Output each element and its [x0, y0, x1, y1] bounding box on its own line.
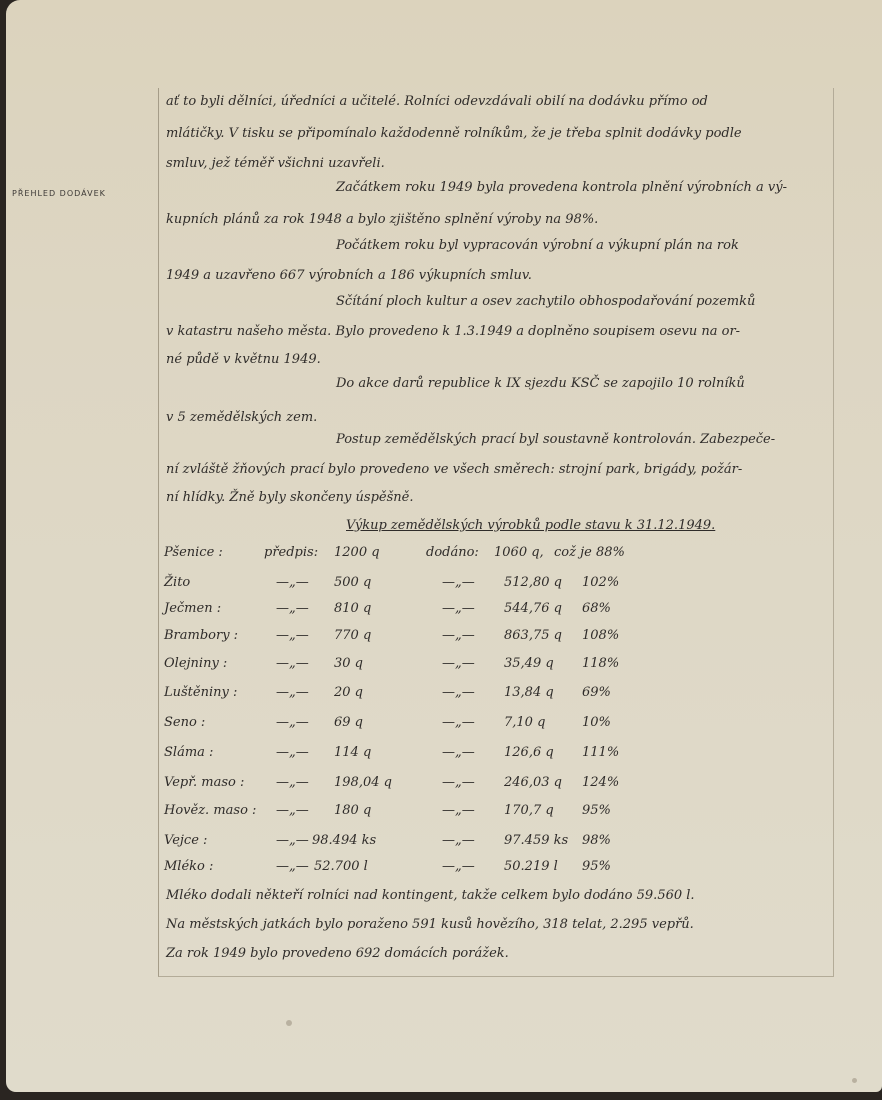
percent-value: 95% [582, 859, 611, 874]
paper-stain [286, 1020, 292, 1026]
delivered-value: 126,6 q [504, 745, 554, 760]
product-name: Sláma : [164, 745, 213, 760]
delivered-label: —„— [442, 745, 475, 760]
text-line: Za rok 1949 bylo provedeno 692 domácích … [166, 946, 509, 961]
plan-value: 180 q [334, 803, 371, 818]
percent-value: 68% [582, 601, 611, 616]
text-line: ní hlídky. Žně byly skončeny úspěšně. [166, 490, 413, 505]
text-line: Mléko dodali někteří rolníci nad konting… [166, 888, 695, 903]
product-name: Brambory : [164, 628, 238, 643]
product-name: Ječmen : [164, 601, 221, 616]
percent-value: 111% [582, 745, 619, 760]
table-title: Výkup zemědělských výrobků podle stavu k… [346, 518, 715, 533]
product-name: Luštěniny : [164, 685, 237, 700]
plan-label: —„— [276, 685, 309, 700]
delivered-label: —„— [442, 859, 475, 874]
delivered-label: —„— [442, 575, 475, 590]
percent-value: 124% [582, 775, 619, 790]
text-line: mlátičky. V tisku se připomínalo každode… [166, 126, 742, 141]
delivered-value: 1060 q, [494, 545, 544, 560]
delivered-label: —„— [442, 715, 475, 730]
table-row: Mléko : —„— 52.700 l —„— 50.219 l 95% [164, 859, 684, 879]
table-row: Pšenice : předpis: 1200 q dodáno: 1060 q… [164, 545, 684, 565]
table-row: Ječmen : —„— 810 q —„— 544,76 q 68% [164, 601, 684, 621]
plan-label: —„— [276, 601, 309, 616]
plan-label: předpis: [264, 545, 318, 560]
text-line: ní zvláště žňových prací bylo provedeno … [166, 462, 742, 477]
delivered-value: 13,84 q [504, 685, 554, 700]
percent-value: 95% [582, 803, 611, 818]
delivered-label: —„— [442, 601, 475, 616]
table-row: Sláma : —„— 114 q —„— 126,6 q 111% [164, 745, 684, 765]
text-line: 1949 a uzavřeno 667 výrobních a 186 výku… [166, 268, 532, 283]
text-line: v 5 zemědělských zem. [166, 410, 317, 425]
table-row: Seno : —„— 69 q —„— 7,10 q 10% [164, 715, 684, 735]
product-name: Mléko : [164, 859, 213, 874]
table-row: Hověz. maso : —„— 180 q —„— 170,7 q 95% [164, 803, 684, 823]
delivered-label: —„— [442, 803, 475, 818]
delivered-value: 544,76 q [504, 601, 562, 616]
text-line: Sčítání ploch kultur a osev zachytilo ob… [336, 294, 755, 309]
delivered-label: —„— [442, 775, 475, 790]
plan-value: 810 q [334, 601, 371, 616]
plan-value: 770 q [334, 628, 371, 643]
text-line: Počátkem roku byl vypracován výrobní a v… [336, 238, 739, 253]
plan-value: 20 q [334, 685, 363, 700]
plan-value: 98.494 ks [312, 833, 376, 848]
product-name: Vepř. maso : [164, 775, 244, 790]
plan-label: —„— [276, 833, 309, 848]
plan-value: 114 q [334, 745, 371, 760]
delivered-value: 512,80 q [504, 575, 562, 590]
table-row: Olejniny : —„— 30 q —„— 35,49 q 118% [164, 656, 684, 676]
percent-value: 102% [582, 575, 619, 590]
percent-value: což je 88% [554, 545, 625, 560]
table-row: Brambory : —„— 770 q —„— 863,75 q 108% [164, 628, 684, 648]
plan-label: —„— [276, 859, 309, 874]
delivered-value: 246,03 q [504, 775, 562, 790]
plan-label: —„— [276, 628, 309, 643]
product-name: Olejniny : [164, 656, 227, 671]
product-name: Pšenice : [164, 545, 223, 560]
delivered-label: —„— [442, 628, 475, 643]
delivered-value: 7,10 q [504, 715, 545, 730]
text-line: Začátkem roku 1949 byla provedena kontro… [336, 180, 787, 195]
delivered-value: 170,7 q [504, 803, 554, 818]
text-line: ať to byli dělníci, úředníci a učitelé. … [166, 94, 708, 109]
plan-value: 198,04 q [334, 775, 392, 790]
plan-label: —„— [276, 803, 309, 818]
delivered-value: 50.219 l [504, 859, 558, 874]
text-line: kupních plánů za rok 1948 a bylo zjištěn… [166, 212, 598, 227]
product-name: Žito [164, 575, 190, 590]
percent-value: 98% [582, 833, 611, 848]
ledger-page: PŘEHLED DODÁVEK ať to byli dělníci, úřed… [6, 0, 882, 1092]
percent-value: 108% [582, 628, 619, 643]
text-line: smluv, jež téměř všichni uzavřeli. [166, 156, 385, 171]
plan-value: 52.700 l [314, 859, 368, 874]
delivered-value: 97.459 ks [504, 833, 568, 848]
percent-value: 118% [582, 656, 619, 671]
text-line: Na městských jatkách bylo poraženo 591 k… [166, 917, 694, 932]
table-row: Luštěniny : —„— 20 q —„— 13,84 q 69% [164, 685, 684, 705]
percent-value: 69% [582, 685, 611, 700]
table-row: Žito —„— 500 q —„— 512,80 q 102% [164, 575, 684, 595]
delivered-label: dodáno: [426, 545, 479, 560]
text-line: né půdě v květnu 1949. [166, 352, 321, 367]
delivered-value: 35,49 q [504, 656, 554, 671]
table-row: Vepř. maso : —„— 198,04 q —„— 246,03 q 1… [164, 775, 684, 795]
margin-note: PŘEHLED DODÁVEK [12, 189, 106, 198]
text-line: Do akce darů republice k IX sjezdu KSČ s… [336, 376, 745, 391]
plan-value: 500 q [334, 575, 371, 590]
paper-stain [852, 1078, 857, 1083]
plan-label: —„— [276, 575, 309, 590]
delivered-value: 863,75 q [504, 628, 562, 643]
text-line: Postup zemědělských prací byl soustavně … [336, 432, 775, 447]
plan-label: —„— [276, 775, 309, 790]
delivered-label: —„— [442, 656, 475, 671]
percent-value: 10% [582, 715, 611, 730]
table-row: Vejce : —„— 98.494 ks —„— 97.459 ks 98% [164, 833, 684, 853]
plan-label: —„— [276, 745, 309, 760]
product-name: Hověz. maso : [164, 803, 256, 818]
plan-label: —„— [276, 715, 309, 730]
product-name: Seno : [164, 715, 205, 730]
plan-value: 30 q [334, 656, 363, 671]
delivered-label: —„— [442, 685, 475, 700]
product-name: Vejce : [164, 833, 207, 848]
delivered-label: —„— [442, 833, 475, 848]
text-line: v katastru našeho města. Bylo provedeno … [166, 324, 740, 339]
plan-value: 1200 q [334, 545, 380, 560]
plan-value: 69 q [334, 715, 363, 730]
plan-label: —„— [276, 656, 309, 671]
